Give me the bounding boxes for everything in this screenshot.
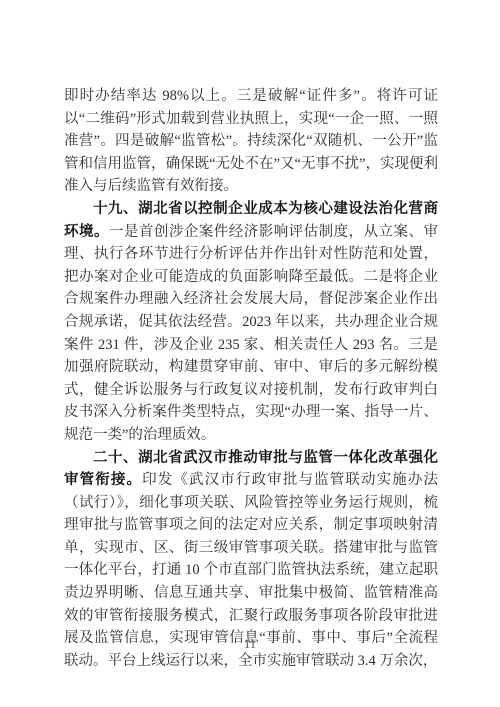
page-content: 即时办结率达 98%以上。三是破解“证件多”。将许可证以“二维码”形式加载到营业… (64, 85, 438, 672)
paragraph-text: 即时办结率达 98%以上。三是破解“证件多”。将许可证以“二维码”形式加载到营业… (64, 88, 438, 194)
paragraph-text: 一是首创涉企案件经济影响评估制度，从立案、审理、执行各环节进行分析评估并作出针对… (64, 224, 438, 443)
paragraph: 即时办结率达 98%以上。三是破解“证件多”。将许可证以“二维码”形式加载到营业… (64, 85, 438, 198)
document-page: 即时办结率达 98%以上。三是破解“证件多”。将许可证以“二维码”形式加载到营业… (0, 0, 500, 707)
page-number: 11 (0, 637, 500, 652)
paragraph: 十九、湖北省以控制企业成本为核心建设法治化营商环境。一是首创涉企案件经济影响评估… (64, 198, 438, 447)
